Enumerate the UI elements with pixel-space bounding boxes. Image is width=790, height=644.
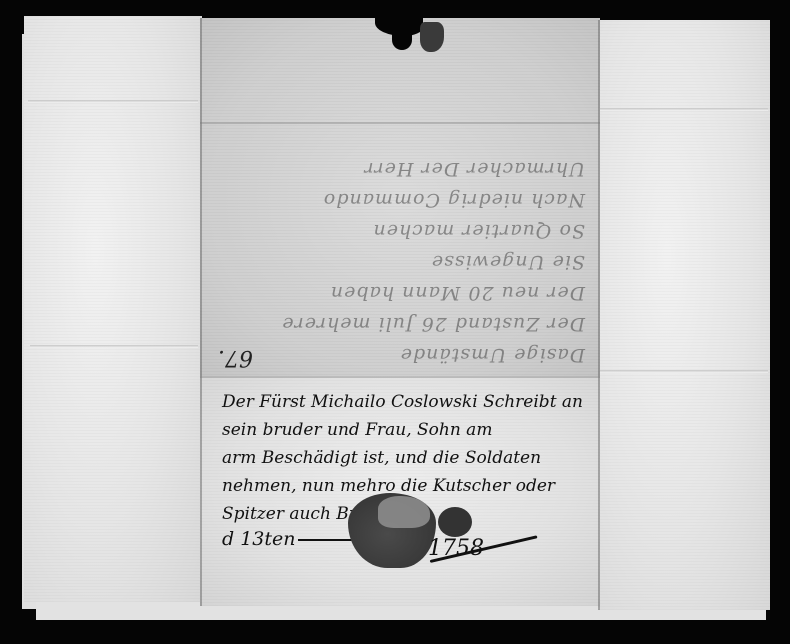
- bleed-line: So Quartier machen: [215, 215, 585, 246]
- bleed-line: Sie Ungewisse: [215, 246, 585, 277]
- horizontal-fold: [200, 376, 600, 378]
- address-line: sein bruder und Frau, Sohn am: [222, 416, 592, 444]
- left-vertical-fold: [200, 18, 202, 606]
- date-underline: [298, 539, 358, 541]
- bleed-through-text: Dasige Umstände Der Zustand 26 Juli mehr…: [215, 120, 585, 370]
- torn-flap: [420, 22, 444, 52]
- crease-right-mid: [600, 370, 768, 373]
- bleed-line: Der Zustand 26 Juli mehrere: [215, 308, 585, 339]
- bleed-line: Uhrmacher Der Herr: [215, 153, 585, 184]
- crease-left-top: [28, 100, 198, 103]
- bleed-line: Dasige Umstände: [215, 339, 585, 370]
- left-fold-panel: [24, 16, 202, 602]
- bleed-line: Nach niedrig Commando: [215, 184, 585, 215]
- crease-right-top: [600, 108, 768, 111]
- document-photo: Dasige Umstände Der Zustand 26 Juli mehr…: [0, 0, 790, 644]
- torn-edge-notch: [392, 30, 412, 50]
- folio-number: 67.: [218, 345, 253, 370]
- date-line: d 13ten: [222, 528, 358, 550]
- wax-seal-highlight: [378, 496, 430, 528]
- address-line: Der Fürst Michailo Coslowski Schreibt an: [222, 388, 592, 416]
- bleed-line: Der neu 20 Mann haben: [215, 277, 585, 308]
- address-line: arm Beschädigt ist, und die Soldaten: [222, 444, 592, 472]
- crease-left-mid: [30, 345, 198, 348]
- date-day: d 13ten: [222, 528, 296, 550]
- wax-seal-drop: [438, 507, 472, 537]
